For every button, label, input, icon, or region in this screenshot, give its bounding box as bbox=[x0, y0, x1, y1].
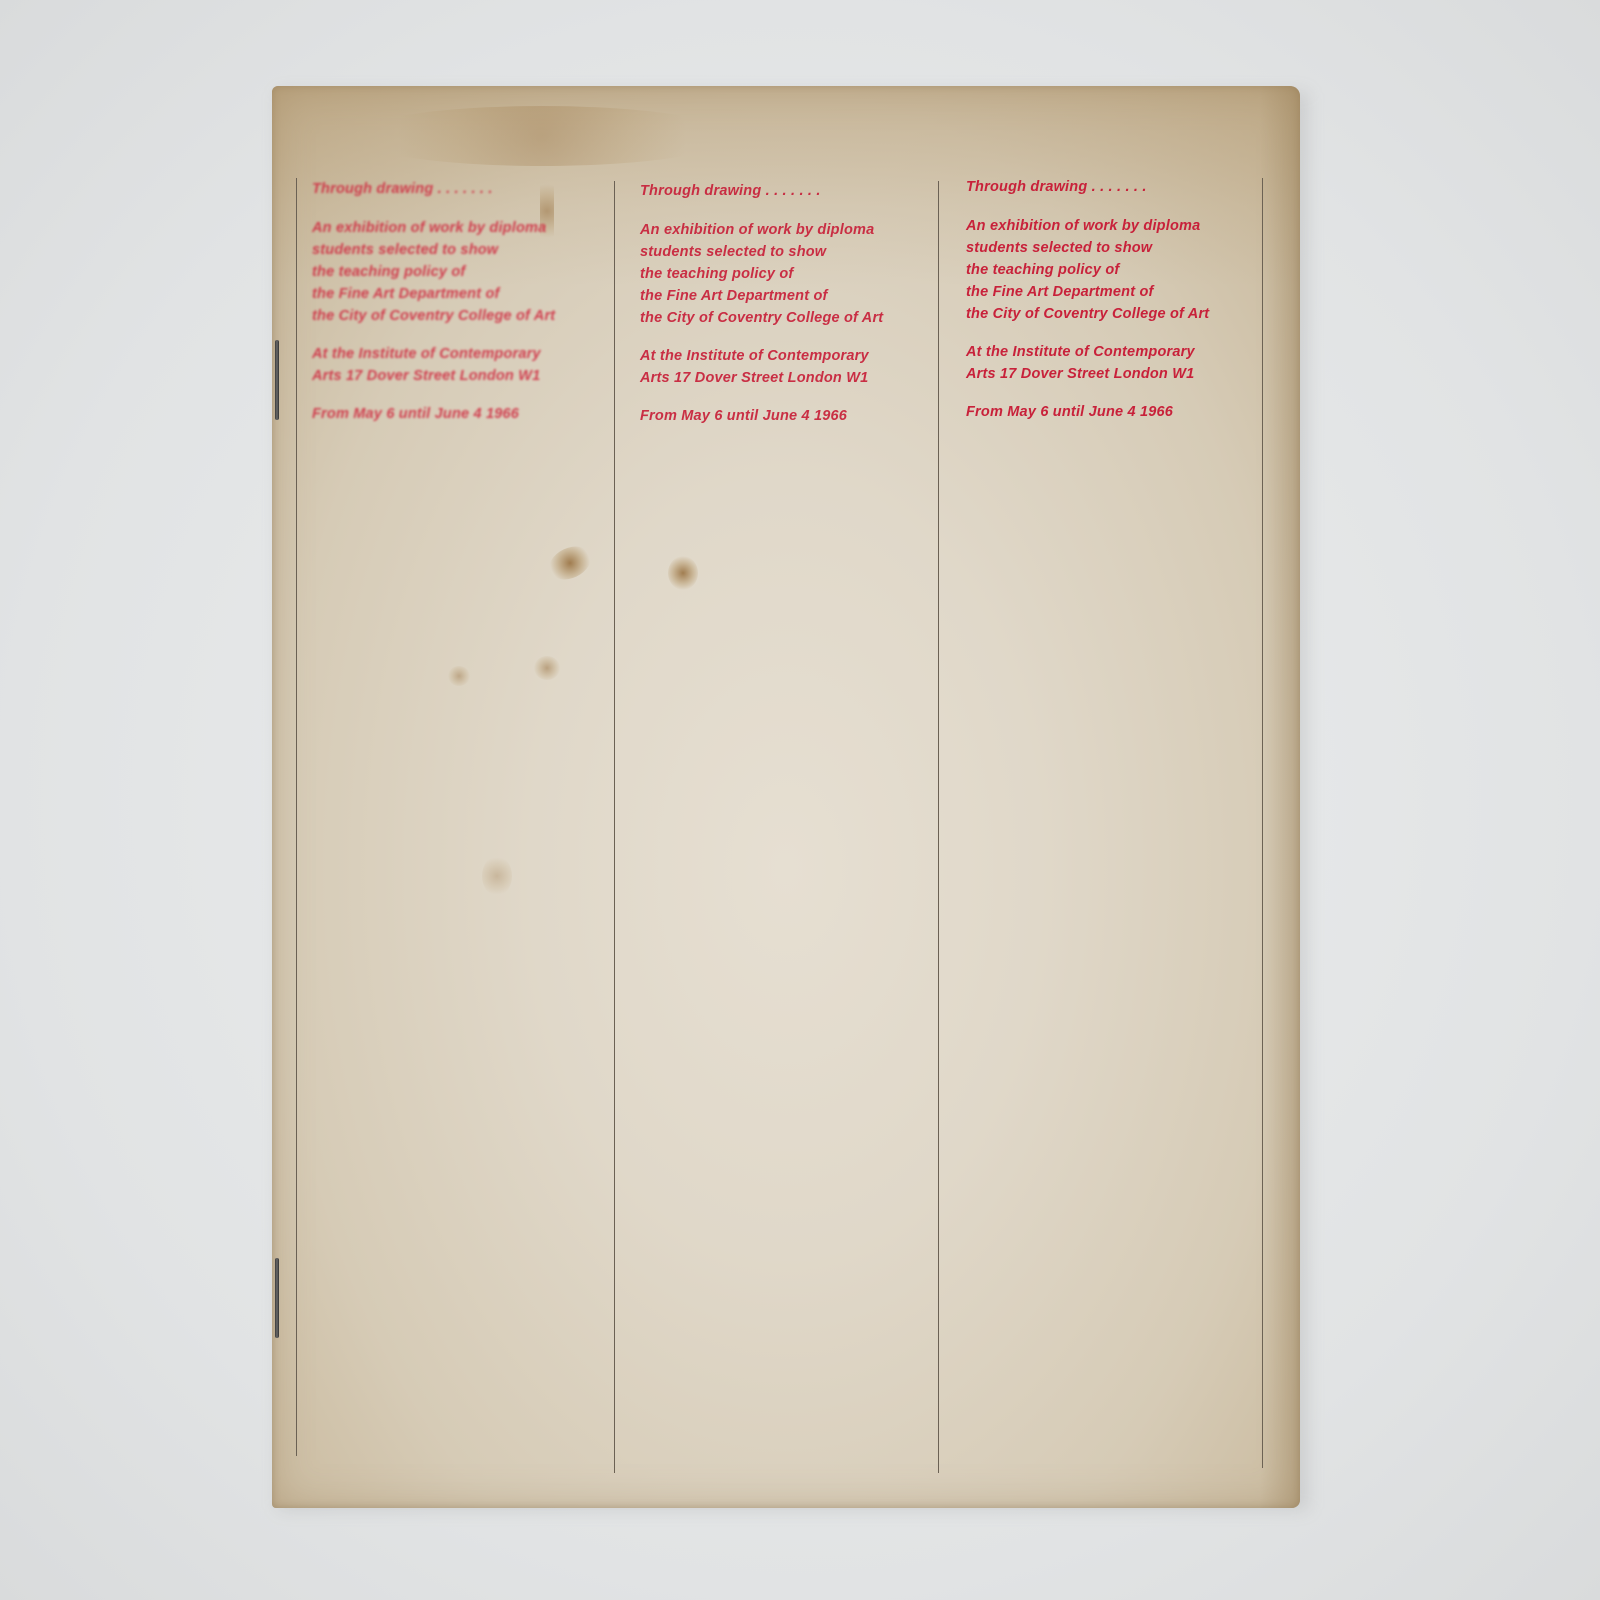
description-line: students selected to show bbox=[312, 239, 627, 261]
column-title: Through drawing . . . . . . . bbox=[966, 176, 1281, 198]
foxing-stain bbox=[352, 106, 732, 166]
description-line: the teaching policy of bbox=[312, 261, 627, 283]
venue-block: At the Institute of Contemporary Arts 17… bbox=[966, 341, 1281, 385]
description-line: the Fine Art Department of bbox=[640, 285, 955, 307]
description-line: An exhibition of work by diploma bbox=[966, 215, 1281, 237]
description-line: An exhibition of work by diploma bbox=[312, 217, 627, 239]
column-rule-left bbox=[296, 178, 297, 1456]
venue-line: Arts 17 Dover Street London W1 bbox=[640, 367, 955, 389]
foxing-stain bbox=[534, 656, 560, 680]
text-column-1: Through drawing . . . . . . . An exhibit… bbox=[312, 178, 627, 441]
description-line: the teaching policy of bbox=[640, 263, 955, 285]
venue-block: At the Institute of Contemporary Arts 17… bbox=[640, 345, 955, 389]
text-column-2: Through drawing . . . . . . . An exhibit… bbox=[640, 180, 955, 443]
venue-line: At the Institute of Contemporary bbox=[640, 345, 955, 367]
dates-line: From May 6 until June 4 1966 bbox=[640, 405, 955, 427]
text-column-3: Through drawing . . . . . . . An exhibit… bbox=[966, 176, 1281, 439]
description-line: the City of Coventry College of Art bbox=[966, 303, 1281, 325]
description-block: An exhibition of work by diploma student… bbox=[966, 215, 1281, 325]
description-block: An exhibition of work by diploma student… bbox=[312, 217, 627, 327]
column-title: Through drawing . . . . . . . bbox=[312, 178, 627, 200]
description-line: students selected to show bbox=[640, 241, 955, 263]
foxing-stain bbox=[544, 540, 597, 586]
foxing-stain bbox=[448, 666, 470, 686]
foxing-stain bbox=[482, 856, 512, 896]
venue-block: At the Institute of Contemporary Arts 17… bbox=[312, 343, 627, 387]
venue-line: At the Institute of Contemporary bbox=[966, 341, 1281, 363]
description-line: the Fine Art Department of bbox=[312, 283, 627, 305]
staple-top bbox=[275, 340, 279, 420]
description-line: the City of Coventry College of Art bbox=[640, 307, 955, 329]
venue-line: Arts 17 Dover Street London W1 bbox=[312, 365, 627, 387]
description-line: the Fine Art Department of bbox=[966, 281, 1281, 303]
dates-line: From May 6 until June 4 1966 bbox=[312, 403, 627, 425]
column-title: Through drawing . . . . . . . bbox=[640, 180, 955, 202]
foxing-stain bbox=[668, 556, 698, 590]
description-line: the City of Coventry College of Art bbox=[312, 305, 627, 327]
description-line: students selected to show bbox=[966, 237, 1281, 259]
venue-line: Arts 17 Dover Street London W1 bbox=[966, 363, 1281, 385]
venue-line: At the Institute of Contemporary bbox=[312, 343, 627, 365]
dates-line: From May 6 until June 4 1966 bbox=[966, 401, 1281, 423]
description-block: An exhibition of work by diploma student… bbox=[640, 219, 955, 329]
description-line: the teaching policy of bbox=[966, 259, 1281, 281]
staple-bottom bbox=[275, 1258, 279, 1338]
description-line: An exhibition of work by diploma bbox=[640, 219, 955, 241]
